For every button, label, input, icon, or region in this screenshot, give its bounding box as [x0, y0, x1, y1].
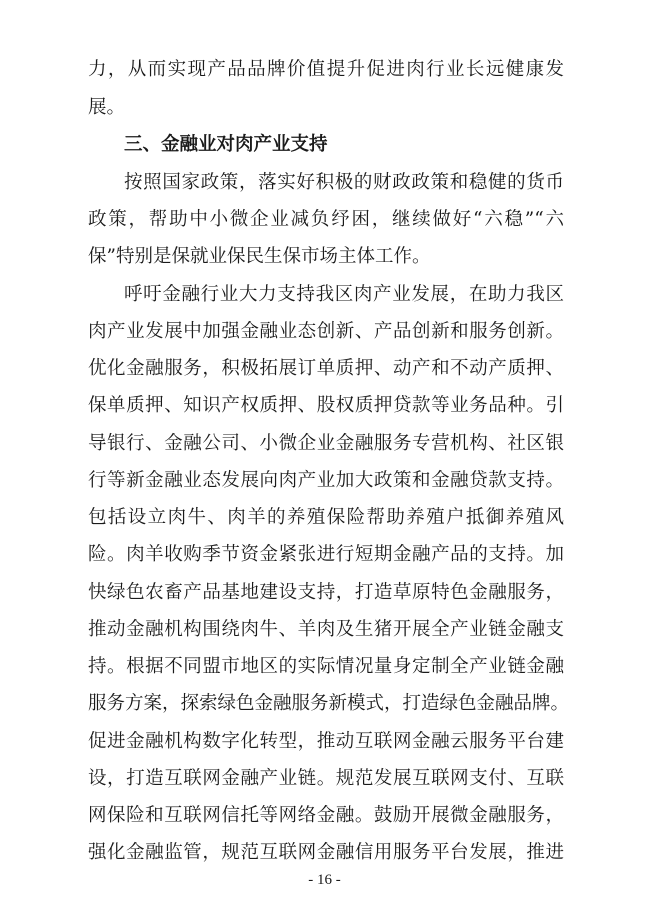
text-line: 设，打造互联网金融产业链。规范发展互联网支付、互联: [88, 766, 564, 792]
text-line: 推动金融机构围绕肉牛、羊肉及生猪开展全产业链金融支: [88, 617, 564, 643]
text-line: 展。: [88, 95, 564, 121]
text-line: 肉产业发展中加强金融业态创新、产品创新和服务创新。: [88, 319, 564, 345]
text-line: 保”特别是保就业保民生保市场主体工作。: [88, 244, 564, 270]
text-line: 政策，帮助中小微企业减负纾困，继续做好“六稳”“六: [88, 207, 564, 233]
text-line: 优化金融服务，积极拓展订单质押、动产和不动产质押、: [88, 356, 564, 382]
section-heading: 三、金融业对肉产业支持: [124, 132, 328, 158]
text-line: 促进金融机构数字化转型，推动互联网金融云服务平台建: [88, 729, 564, 755]
text-line: 导银行、金融公司、小微企业金融服务专营机构、社区银: [88, 431, 564, 457]
text-line: 网保险和互联网信托等网络金融。鼓励开展微金融服务，: [88, 803, 564, 829]
page-number: - 16 -: [0, 872, 649, 889]
text-line: 行等新金融业态发展向肉产业加大政策和金融贷款支持。: [88, 468, 564, 494]
text-line: 强化金融监管，规范互联网金融信用服务平台发展，推进: [88, 840, 564, 866]
text-line: 服务方案，探索绿色金融服务新模式，打造绿色金融品牌。: [88, 691, 564, 717]
text-line: 快绿色农畜产品基地建设支持，打造草原特色金融服务，: [88, 580, 564, 606]
text-line: 保单质押、知识产权质押、股权质押贷款等业务品种。引: [88, 393, 564, 419]
document-page: 力，从而实现产品品牌价值提升促进肉行业长远健康发展。按照国家政策，落实好积极的财…: [0, 0, 649, 899]
text-line: 包括设立肉牛、肉羊的养殖保险帮助养殖户抵御养殖风: [88, 505, 564, 531]
text-line: 力，从而实现产品品牌价值提升促进肉行业长远健康发: [88, 57, 564, 83]
text-line: 呼吁金融行业大力支持我区肉产业发展，在助力我区: [124, 282, 564, 308]
text-line: 险。肉羊收购季节资金紧张进行短期金融产品的支持。加: [88, 542, 564, 568]
text-line: 持。根据不同盟市地区的实际情况量身定制全产业链金融: [88, 654, 564, 680]
text-line: 按照国家政策，落实好积极的财政政策和稳健的货币: [124, 170, 564, 196]
